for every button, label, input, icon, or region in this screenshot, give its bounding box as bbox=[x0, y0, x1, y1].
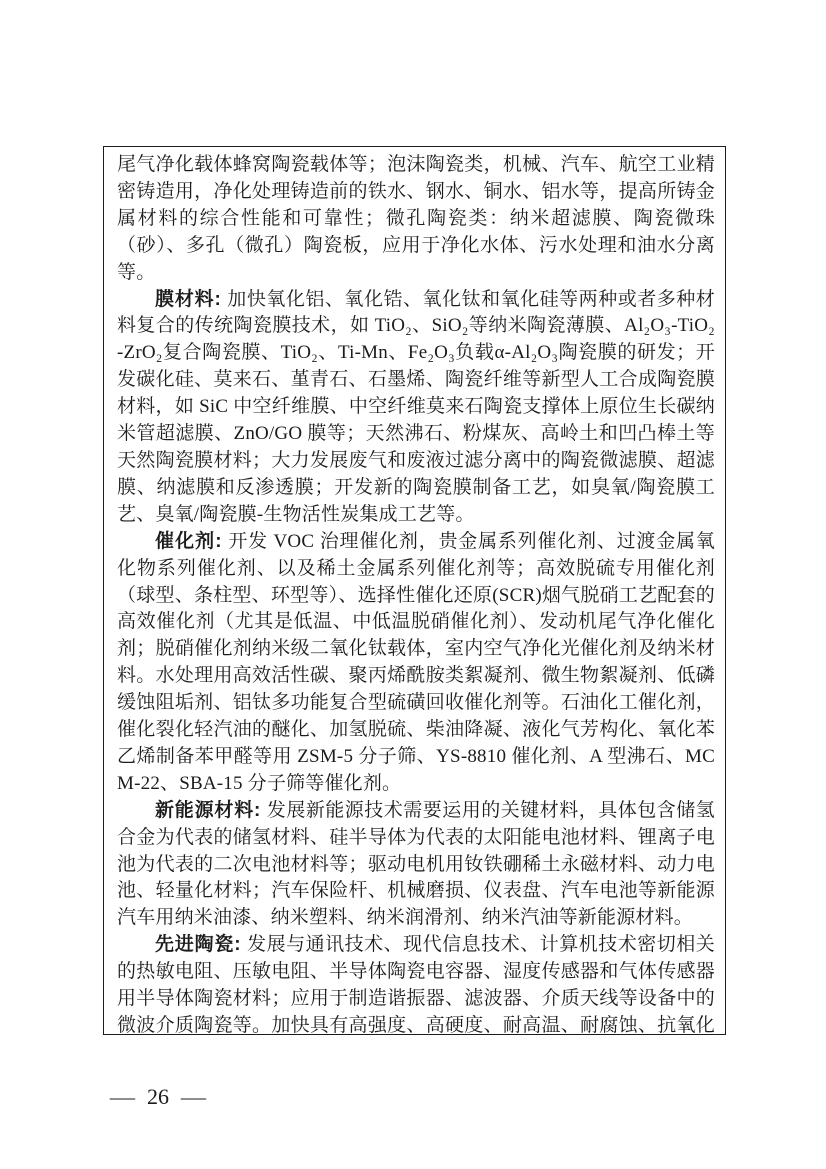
paragraph-advanced-ceramics: 先进陶瓷:发展与通讯技术、现代信息技术、计算机技术密切相关的热敏电阻、压敏电阻、… bbox=[117, 932, 715, 1035]
paragraph-catalysts: 催化剂:开发 VOC 治理催化剂，贵金属系列催化剂、过渡金属氧化物系列催化剂、以… bbox=[117, 529, 715, 798]
paragraph-continuation: 尾气净化载体蜂窝陶瓷载体等；泡沫陶瓷类，机械、汽车、航空工业精密铸造用，净化处理… bbox=[117, 152, 715, 287]
paragraph-membrane-materials: 膜材料:加快氧化铝、氧化锆、氧化钛和氧化硅等两种或者多种材料复合的传统陶瓷膜技术… bbox=[117, 287, 715, 529]
footer-dash-right: — bbox=[181, 1085, 206, 1110]
content-border-box: 尾气净化载体蜂窝陶瓷载体等；泡沫陶瓷类，机械、汽车、航空工业精密铸造用，净化处理… bbox=[103, 146, 726, 1035]
paragraph-new-energy-materials: 新能源材料:发展新能源技术需要运用的关键材料，具体包含储氢合金为代表的储氢材料、… bbox=[117, 798, 715, 933]
page-footer: —26— bbox=[112, 1084, 204, 1110]
paragraph-heading: 新能源材料: bbox=[155, 800, 261, 821]
footer-dash-left: — bbox=[110, 1085, 135, 1110]
document-page: 尾气净化载体蜂窝陶瓷载体等；泡沫陶瓷类，机械、汽车、航空工业精密铸造用，净化处理… bbox=[0, 0, 826, 1169]
paragraph-text: 开发 VOC 治理催化剂，贵金属系列催化剂、过渡金属氧化物系列催化剂、以及稀土金… bbox=[117, 531, 715, 794]
paragraph-heading: 催化剂: bbox=[155, 531, 222, 552]
paragraph-heading: 膜材料: bbox=[155, 289, 221, 310]
footer-page-number: 26 bbox=[147, 1084, 169, 1109]
paragraph-text: 尾气净化载体蜂窝陶瓷载体等；泡沫陶瓷类，机械、汽车、航空工业精密铸造用，净化处理… bbox=[117, 154, 715, 283]
paragraph-text: 加快氧化铝、氧化锆、氧化钛和氧化硅等两种或者多种材料复合的传统陶瓷膜技术，如 T… bbox=[117, 289, 715, 525]
paragraph-heading: 先进陶瓷: bbox=[155, 934, 241, 955]
